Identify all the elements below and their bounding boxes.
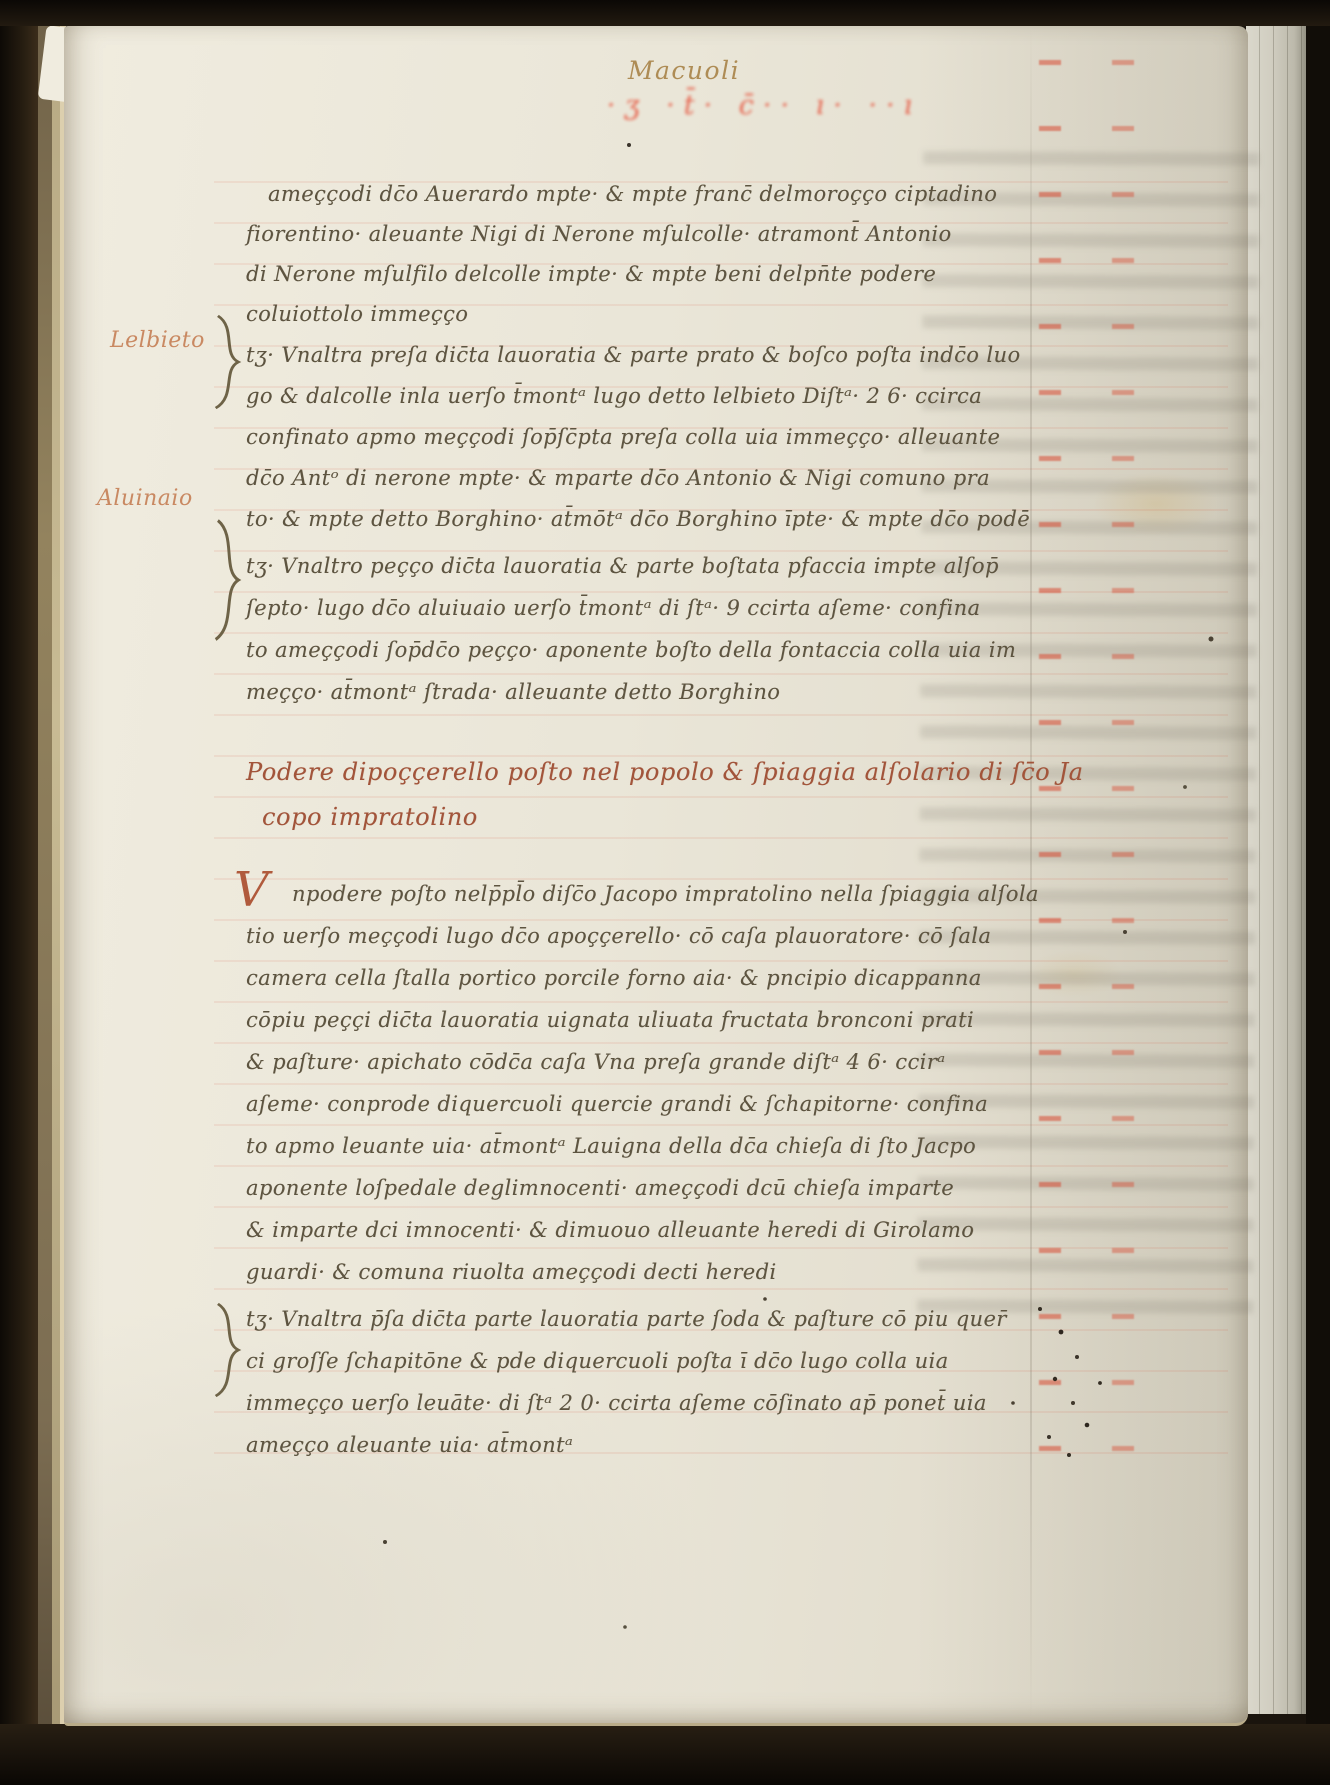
text-line: coluiottolo immeçço bbox=[246, 294, 1036, 334]
running-header: Macuoli bbox=[564, 56, 804, 85]
section-bracket bbox=[210, 1302, 244, 1398]
text-line: ameççodi dc̄o Auerardo mpte· & mpte fran… bbox=[246, 174, 1036, 214]
binding-edge-left bbox=[0, 0, 38, 1785]
text-line: camera cella ſtalla portico porcile forn… bbox=[246, 957, 1036, 999]
faded-red-marks: ·ʒ ·t̄· c̄·· ı· ··ı bbox=[534, 90, 994, 121]
text-line: di Nerone mſulfilo delcolle impte· & mpt… bbox=[246, 254, 1036, 294]
text-line: ci groſſe ſchapitōne & pde diquercuoli p… bbox=[246, 1340, 1036, 1382]
text-line: immeçço uerſo leuāte· di ſtᵃ 2 0· ccirta… bbox=[246, 1382, 1036, 1424]
entry-paragraph-5: tʒ· Vnaltra p̄ſa dic̄ta parte lauoratia … bbox=[246, 1298, 1036, 1466]
text-line: aſeme· conprode diquercuoli quercie gran… bbox=[246, 1083, 1036, 1125]
entry-paragraph-2: tʒ· Vnaltra preſa dic̄ta lauoratia & par… bbox=[246, 335, 1036, 540]
binding-edge-right bbox=[1306, 0, 1330, 1785]
text-line: tʒ· Vnaltro peçço dic̄ta lauoratia & par… bbox=[246, 545, 1036, 587]
page-edge-strip bbox=[52, 16, 60, 1766]
text-line: copo impratolino bbox=[246, 795, 1036, 840]
text-line: to apmo leuante uia· at̄montᵃ Lauigna de… bbox=[246, 1125, 1036, 1167]
red-ruling-marks-column bbox=[1112, 60, 1134, 1512]
binding-edge-bottom bbox=[0, 1724, 1330, 1785]
text-line: dc̄o Antᵒ di nerone mpte· & mparte dc̄o … bbox=[246, 458, 1036, 499]
manuscript-photo: Macuoli ·ʒ ·t̄· c̄·· ı· ··ı Lelbieto Alu… bbox=[0, 0, 1330, 1785]
text-line: to ameççodi ſop̄dc̄o peçço· aponente boſ… bbox=[246, 629, 1036, 671]
text-line: tʒ· Vnaltra preſa dic̄ta lauoratia & par… bbox=[246, 335, 1036, 376]
text-line: Podere dipoççerello poſto nel popolo & ſ… bbox=[246, 750, 1036, 795]
ink-specks bbox=[64, 26, 66, 28]
red-ruling-marks-column bbox=[1039, 60, 1061, 1512]
manuscript-page: Macuoli ·ʒ ·t̄· c̄·· ı· ··ı Lelbieto Alu… bbox=[64, 26, 1248, 1726]
entry-paragraph-1: ameççodi dc̄o Auerardo mpte· & mpte fran… bbox=[246, 174, 1036, 334]
entry-paragraph-4: npodere poſto nelp̄pl̄o diſc̄o Jacopo im… bbox=[246, 873, 1036, 1293]
binding-edge-top bbox=[0, 0, 1330, 26]
page-edge-strip bbox=[38, 10, 52, 1770]
text-line: tʒ· Vnaltra p̄ſa dic̄ta parte lauoratia … bbox=[246, 1298, 1036, 1340]
section-bracket bbox=[210, 314, 244, 410]
text-line: aponente loſpedale deglimnocenti· ameçço… bbox=[246, 1167, 1036, 1209]
text-line: go & dalcolle inla uerſo t̄montᵃ lugo de… bbox=[246, 376, 1036, 417]
text-line: to· & mpte detto Borghino· at̄mōtᵃ dc̄o … bbox=[246, 499, 1036, 540]
text-line: & imparte dci imnocenti· & dimuouo alleu… bbox=[246, 1209, 1036, 1251]
text-line: ſepto· lugo dc̄o aluiuaio uerſo t̄montᵃ … bbox=[246, 587, 1036, 629]
text-line: meçço· at̄montᵃ ſtrada· alleuante detto … bbox=[246, 671, 1036, 713]
text-line: npodere poſto nelp̄pl̄o diſc̄o Jacopo im… bbox=[246, 873, 1036, 915]
text-line: guardi· & comuna riuolta ameççodi decti … bbox=[246, 1251, 1036, 1293]
entry-paragraph-3: tʒ· Vnaltro peçço dic̄ta lauoratia & par… bbox=[246, 545, 1036, 713]
text-line: ameçço aleuante uia· at̄montᵃ bbox=[246, 1424, 1036, 1466]
margin-note-lelbieto: Lelbieto bbox=[110, 328, 205, 353]
text-line: cōpiu peççi dic̄ta lauoratia uignata uli… bbox=[246, 999, 1036, 1041]
section-bracket bbox=[210, 518, 244, 642]
text-line: fiorentino· aleuante Nigi di Nerone mſul… bbox=[246, 214, 1036, 254]
text-line: tio uerſo meççodi lugo dc̄o apoççerello·… bbox=[246, 915, 1036, 957]
text-line: confinato apmo meççodi ſop̄ſc̄pta preſa … bbox=[246, 417, 1036, 458]
margin-note-aluinaio: Aluinaio bbox=[97, 486, 193, 511]
text-line: & paſture· apichato cōdc̄a caſa Vna preſ… bbox=[246, 1041, 1036, 1083]
rubric-heading: Podere dipoççerello poſto nel popolo & ſ… bbox=[246, 750, 1036, 840]
